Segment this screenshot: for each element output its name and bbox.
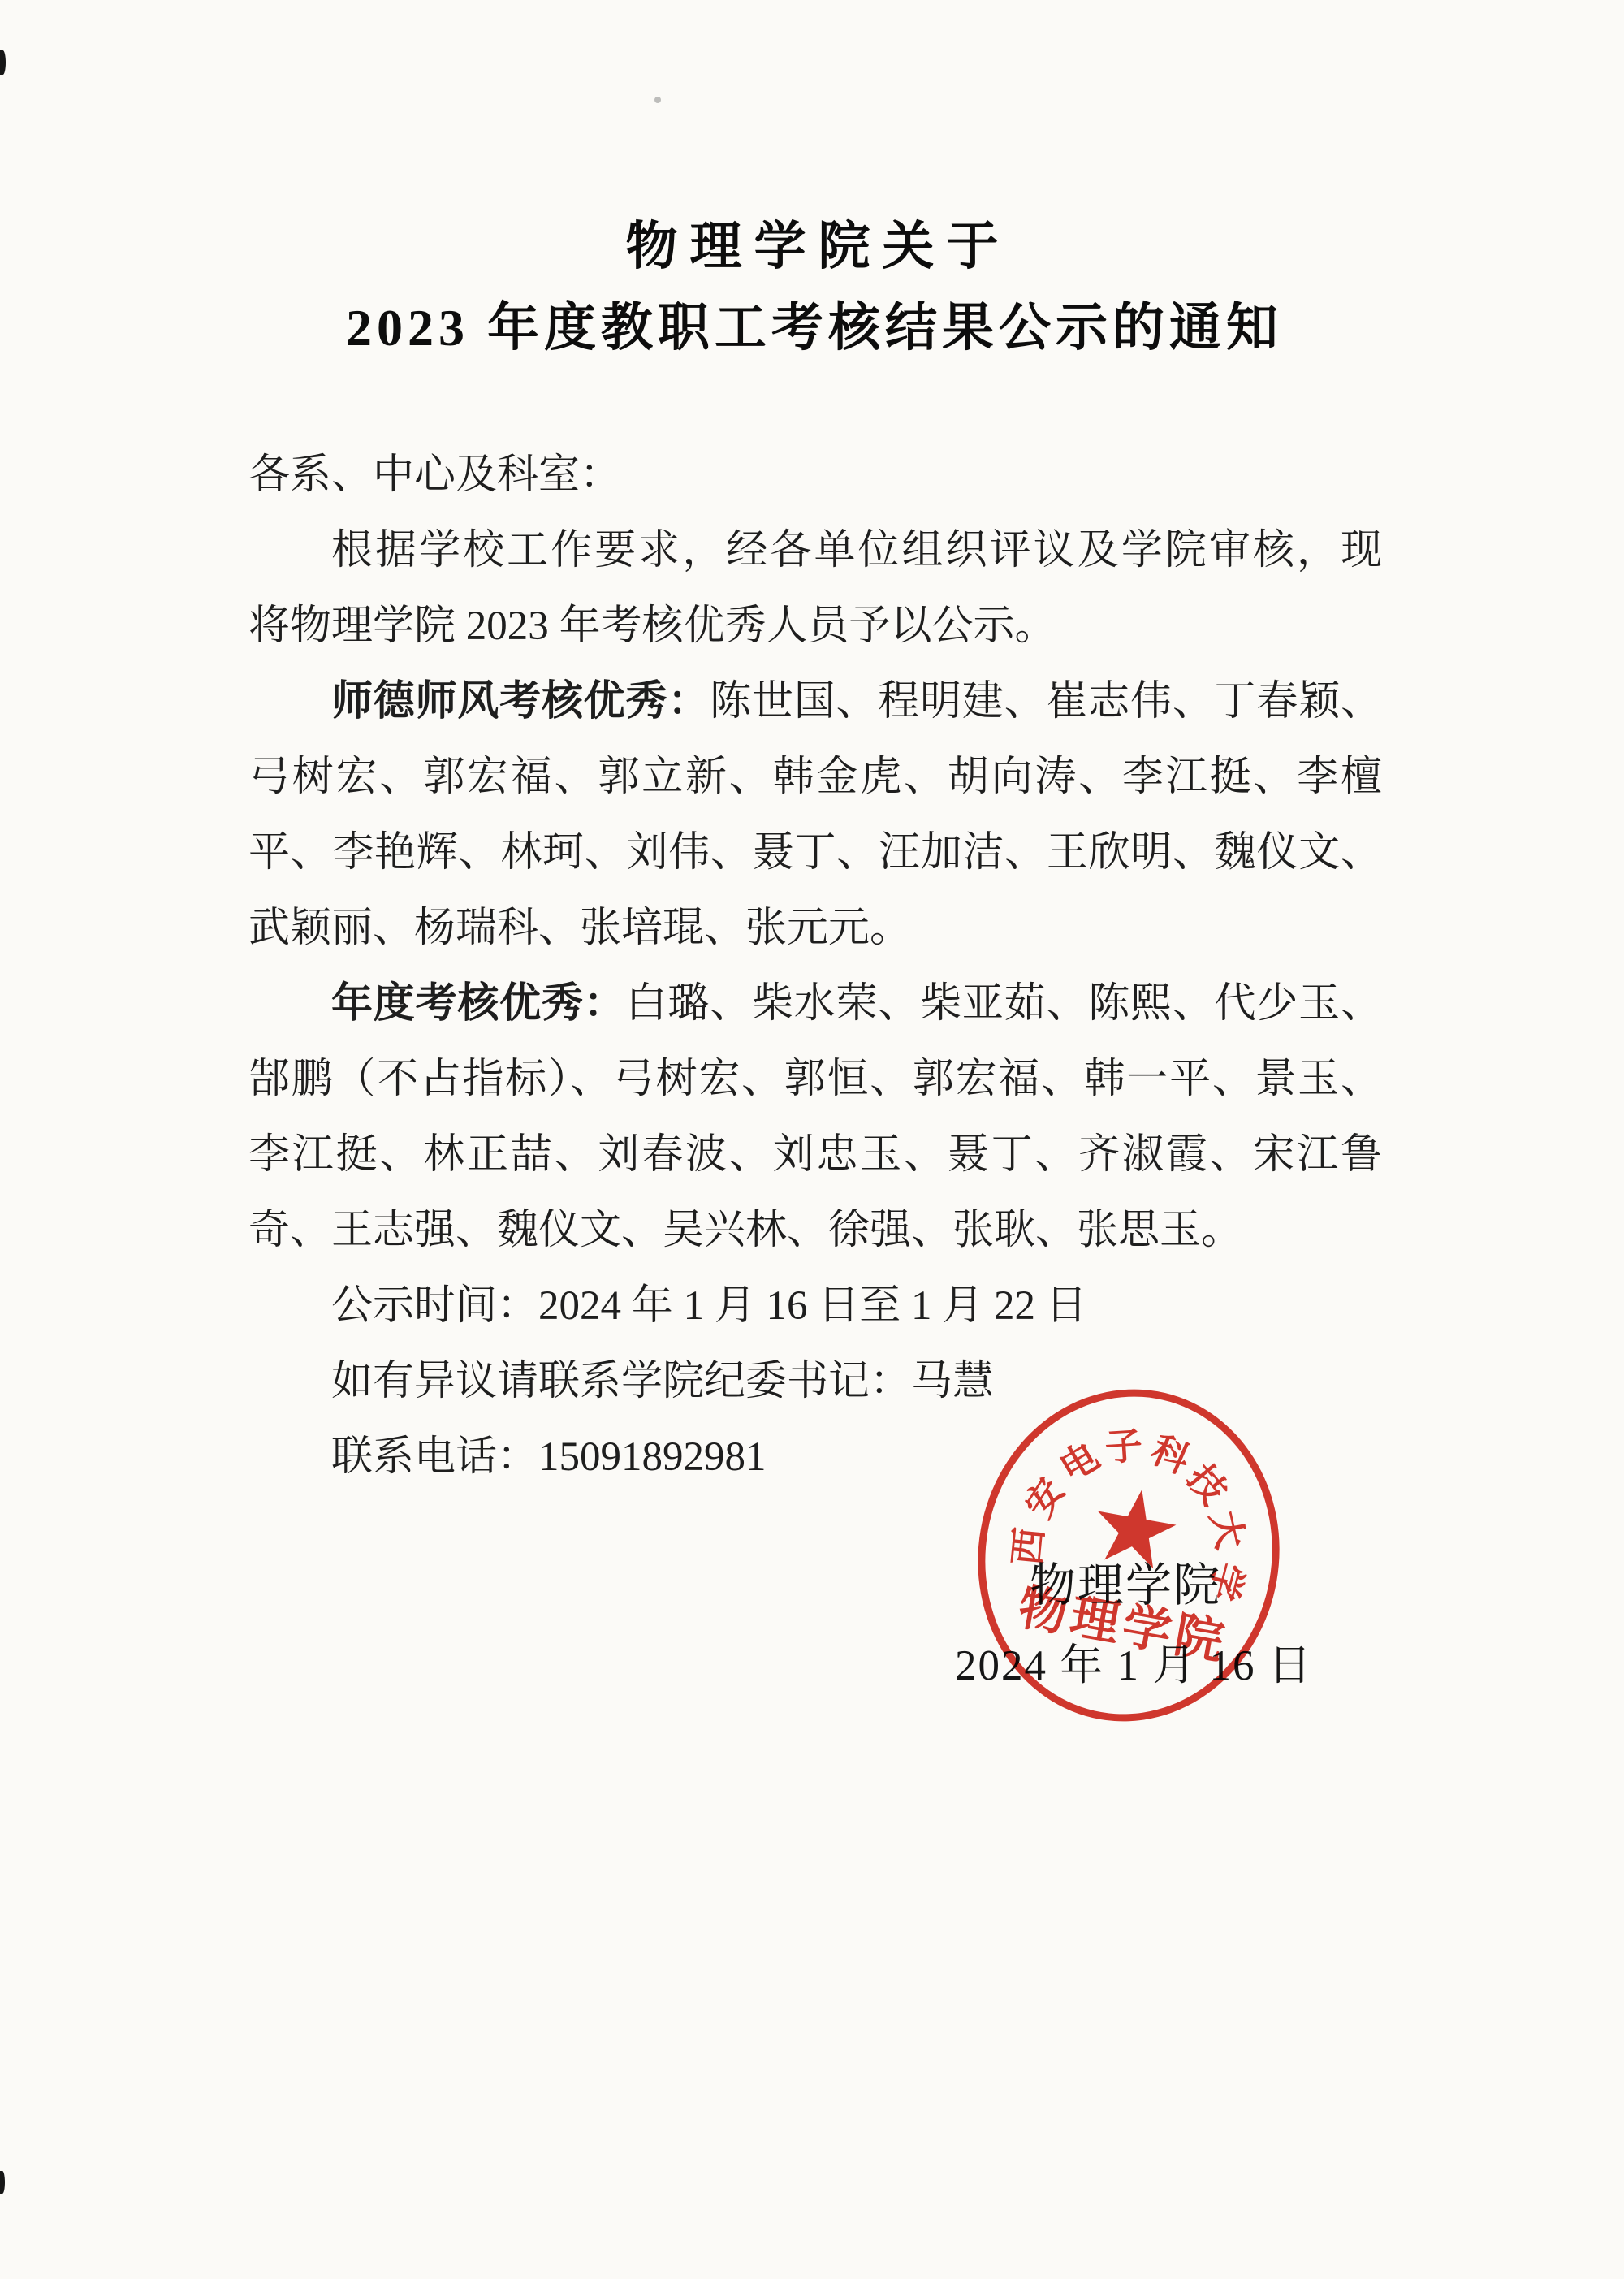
body-text-run: 李江挺、林正喆、刘春波、刘忠玉、聂丁、齐淑霞、宋江鲁 bbox=[248, 1132, 1382, 1178]
body-text-run: 根据学校工作要求，经各单位组织评议及学院审核，现 bbox=[331, 528, 1382, 573]
document-page: 物理学院关于 2023 年度教职工考核结果公示的通知 各系、中心及科室：根据学校… bbox=[0, 0, 1624, 2279]
body-text-run: 将物理学院 2023 年考核优秀人员予以公示。 bbox=[248, 603, 1056, 649]
body-text-run: 平、李艳辉、林珂、刘伟、聂丁、汪加洁、王欣明、魏仪文、 bbox=[248, 830, 1382, 876]
section-label: 年度考核优秀： bbox=[331, 981, 626, 1027]
body-line: 师德师风考核优秀：陈世国、程明建、崔志伟、丁春颖、 bbox=[248, 664, 1382, 740]
body-line: 李江挺、林正喆、刘春波、刘忠玉、聂丁、齐淑霞、宋江鲁 bbox=[248, 1118, 1382, 1193]
body-line: 武颖丽、杨瑞科、张培琨、张元元。 bbox=[248, 891, 1382, 967]
scan-artifact bbox=[0, 2171, 5, 2194]
document-title-line2: 2023 年度教职工考核结果公示的通知 bbox=[0, 286, 1624, 361]
body-text-run: 武颖丽、杨瑞科、张培琨、张元元。 bbox=[248, 906, 911, 951]
body-line: 公示时间：2024 年 1 月 16 日至 1 月 22 日 bbox=[248, 1269, 1382, 1344]
document-body: 各系、中心及科室：根据学校工作要求，经各单位组织评议及学院审核，现将物理学院 2… bbox=[248, 438, 1382, 1495]
body-line: 平、李艳辉、林珂、刘伟、聂丁、汪加洁、王欣明、魏仪文、 bbox=[248, 815, 1382, 891]
scan-artifact bbox=[0, 50, 6, 75]
body-line: 年度考核优秀：白璐、柴水荣、柴亚茹、陈熙、代少玉、 bbox=[248, 967, 1382, 1042]
official-seal: 西安电子科技大学 ★ 物理学院 bbox=[952, 1365, 1306, 1745]
body-text-run: 奇、王志强、魏仪文、吴兴林、徐强、张耿、张思玉。 bbox=[248, 1208, 1242, 1253]
body-text-run: 弓树宏、郭宏福、郭立新、韩金虎、胡向涛、李江挺、李檀 bbox=[248, 755, 1382, 800]
section-label: 师德师风考核优秀： bbox=[331, 679, 710, 724]
document-title-line1: 物理学院关于 bbox=[0, 205, 1624, 279]
body-line: 将物理学院 2023 年考核优秀人员予以公示。 bbox=[248, 589, 1382, 664]
seal-arc-char: 西 bbox=[997, 1525, 1054, 1568]
body-text-run: 郜鹏（不占指标）、弓树宏、郭恒、郭宏福、韩一平、景玉、 bbox=[248, 1057, 1382, 1102]
body-line: 各系、中心及科室： bbox=[248, 438, 1382, 513]
body-text-run: 如有异议请联系学院纪委书记：马慧 bbox=[331, 1359, 994, 1404]
scan-artifact bbox=[654, 97, 661, 103]
body-text-run: 白璐、柴水荣、柴亚茹、陈熙、代少玉、 bbox=[626, 981, 1382, 1027]
body-line: 根据学校工作要求，经各单位组织评议及学院审核，现 bbox=[248, 513, 1382, 589]
body-text-run: 联系电话：15091892981 bbox=[331, 1434, 767, 1480]
body-line: 郜鹏（不占指标）、弓树宏、郭恒、郭宏福、韩一平、景玉、 bbox=[248, 1042, 1382, 1118]
star-icon: ★ bbox=[1080, 1470, 1190, 1589]
body-text-run: 公示时间：2024 年 1 月 16 日至 1 月 22 日 bbox=[331, 1283, 1087, 1329]
body-line: 奇、王志强、魏仪文、吴兴林、徐强、张耿、张思玉。 bbox=[248, 1193, 1382, 1269]
body-text-run: 陈世国、程明建、崔志伟、丁春颖、 bbox=[710, 679, 1382, 724]
body-text-run: 各系、中心及科室： bbox=[248, 452, 621, 498]
body-line: 弓树宏、郭宏福、郭立新、韩金虎、胡向涛、李江挺、李檀 bbox=[248, 740, 1382, 815]
